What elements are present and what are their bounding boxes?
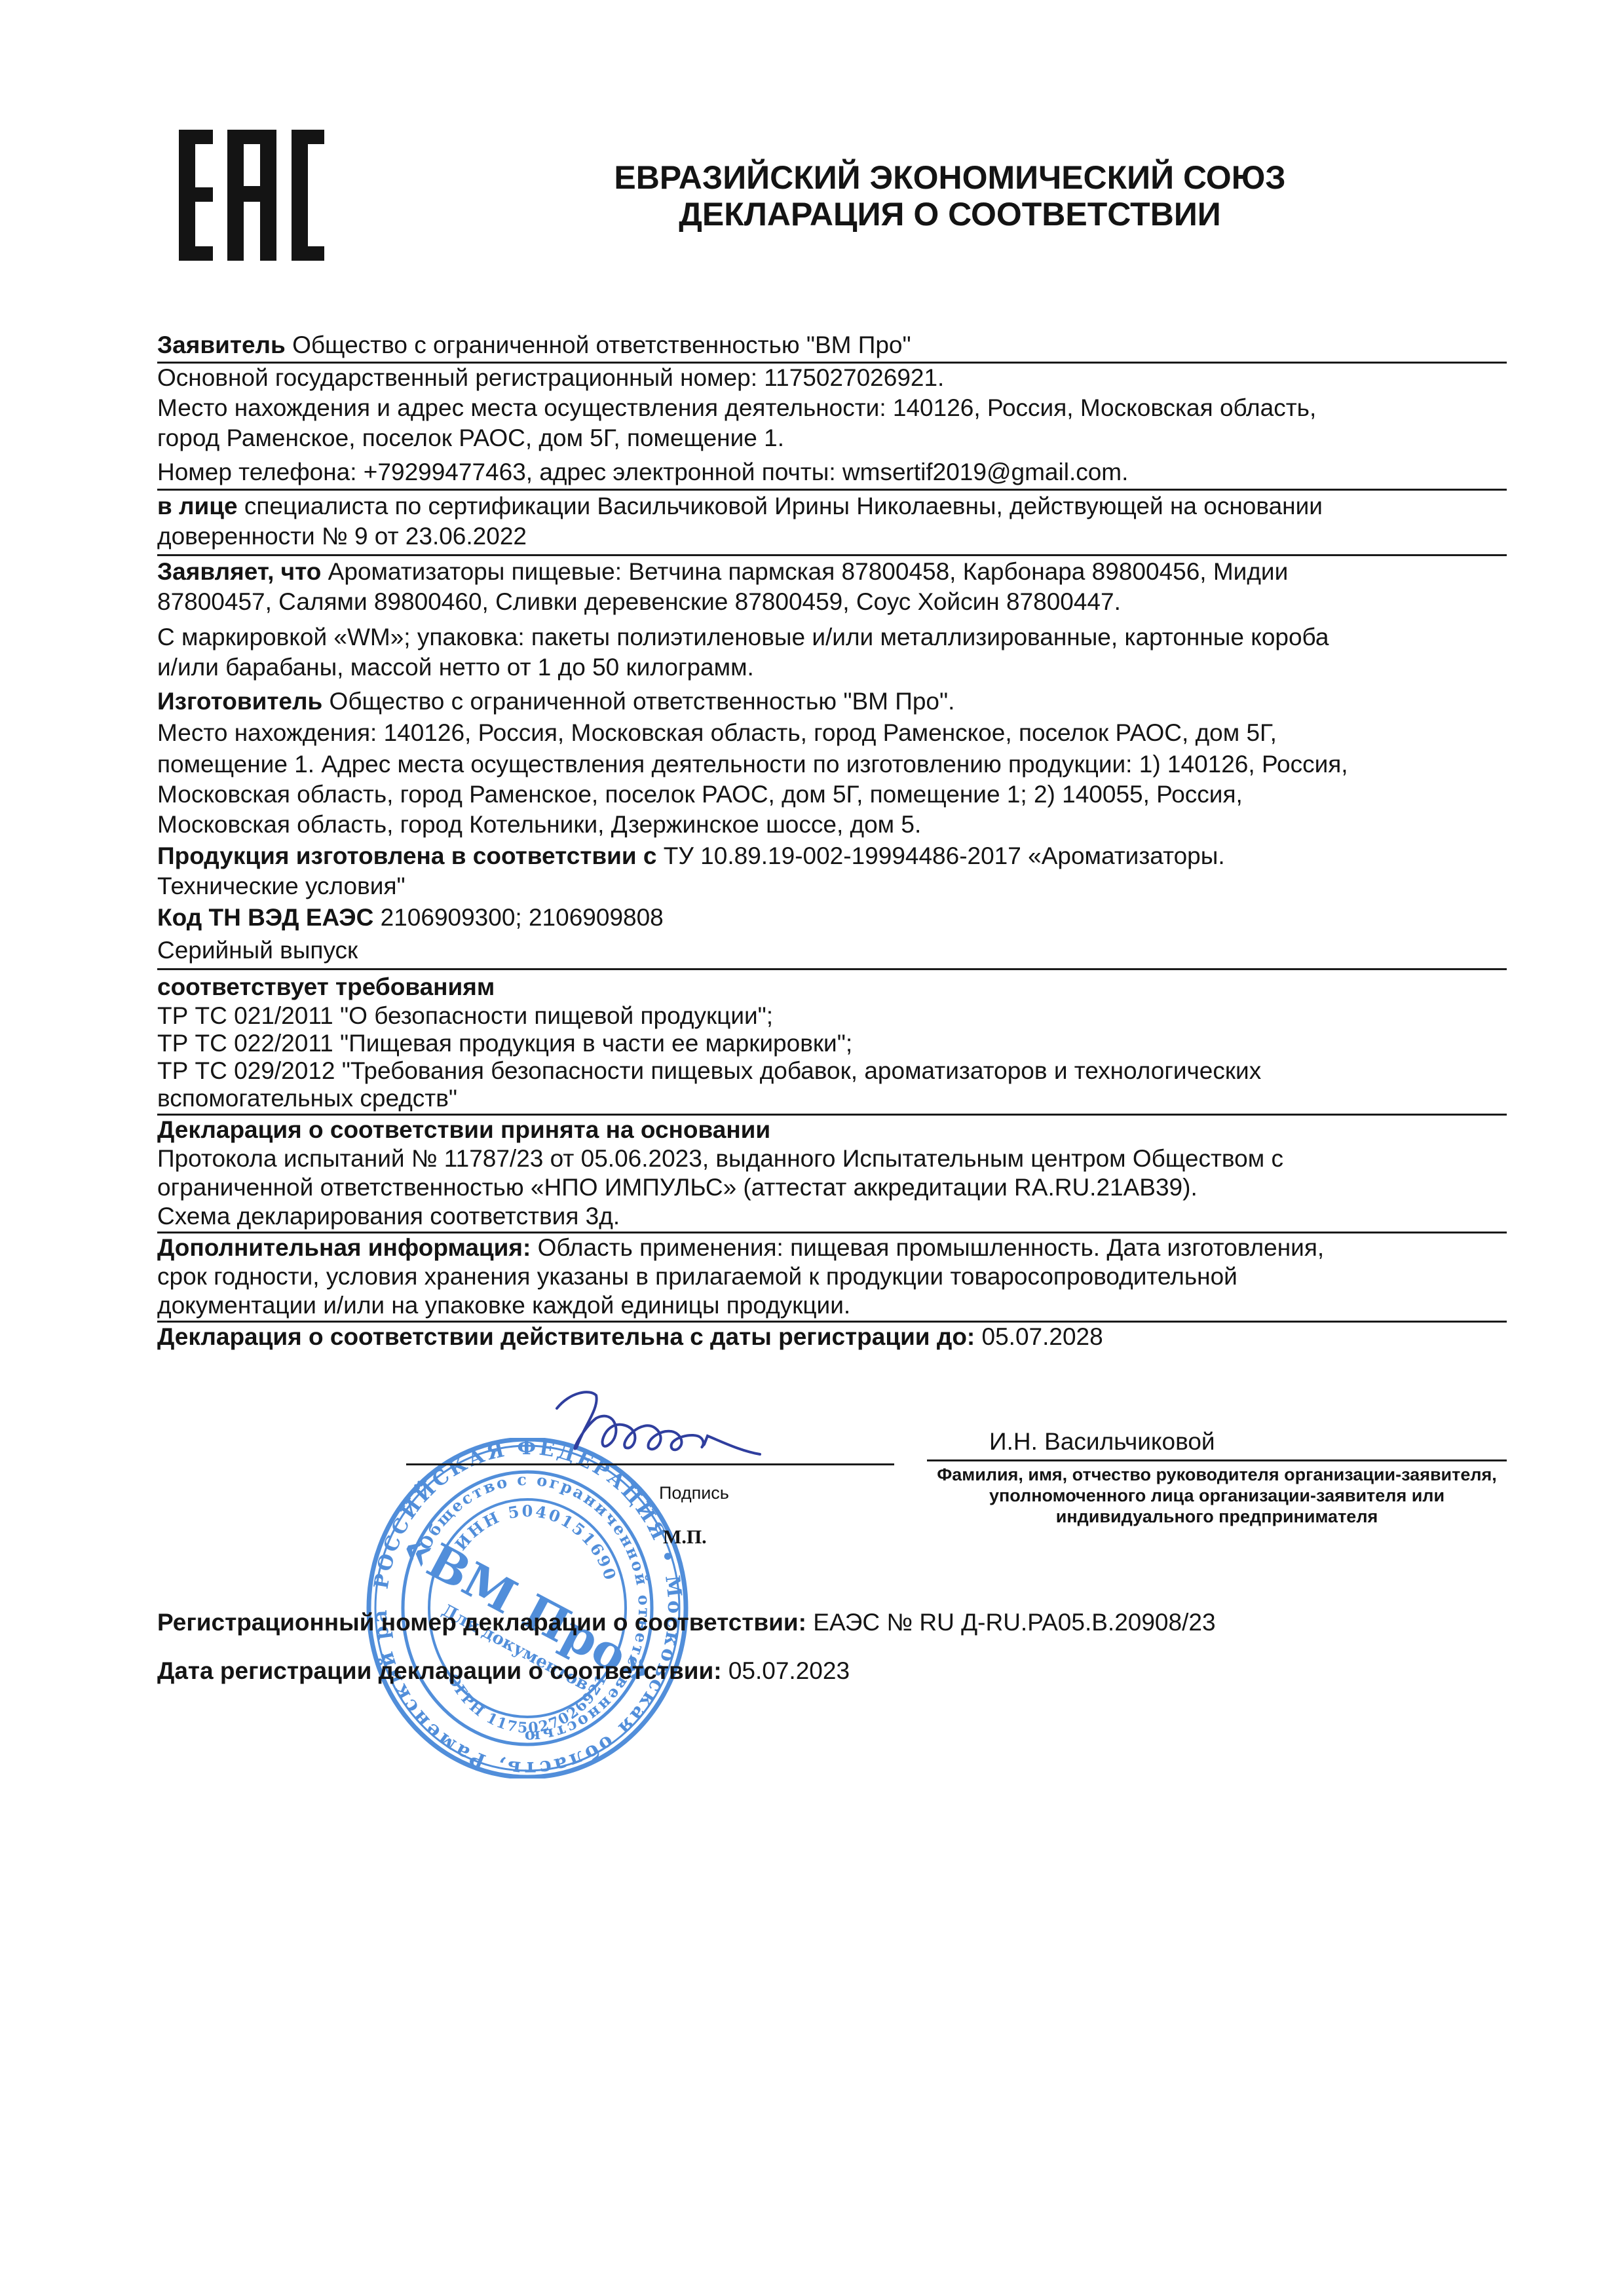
signer-caption-3: индивидуального предпринимателя: [927, 1507, 1507, 1527]
applicant-address-2: город Раменское, поселок РАОС, дом 5Г, п…: [157, 424, 784, 452]
basis-scheme: Схема декларирования соответствия 3д.: [157, 1203, 620, 1230]
applicant-ogrn: Основной государственный регистрационный…: [157, 364, 944, 392]
manufacturer-line: Изготовитель Общество с ограниченной отв…: [157, 688, 954, 715]
registration-date-label: Дата регистрации декларации о соответств…: [157, 1657, 722, 1684]
declares-line-4: и/или барабаны, массой нетто от 1 до 50 …: [157, 654, 754, 681]
company-seal-icon: РОССИЙСКАЯ ФЕДЕРАЦИЯ • Московская област…: [364, 1438, 691, 1778]
validity-line: Декларация о соответствии действительна …: [157, 1323, 1103, 1351]
divider: [157, 489, 1507, 491]
declares-line-3: С маркировкой «WM»; упаковка: пакеты пол…: [157, 624, 1329, 651]
additional-line-3: документации и/или на упаковке каждой ед…: [157, 1292, 850, 1319]
applicant-contacts: Номер телефона: +79299477463, адрес элек…: [157, 459, 1128, 486]
manufacturer-label: Изготовитель: [157, 688, 322, 715]
additional-label: Дополнительная информация:: [157, 1234, 531, 1261]
manufacturer-address-4: Московская область, город Котельники, Дз…: [157, 811, 921, 838]
hs-code-line: Код ТН ВЭД ЕАЭС 2106909300; 2106909808: [157, 904, 664, 932]
signature-line: [406, 1463, 894, 1465]
representative-line-2: доверенности № 9 от 23.06.2022: [157, 523, 527, 550]
eac-logo-icon: [179, 130, 326, 261]
divider: [157, 554, 1507, 556]
document-union-title: ЕВРАЗИЙСКИЙ ЭКОНОМИЧЕСКИЙ СОЮЗ: [459, 159, 1441, 197]
applicant-address-1: Место нахождения и адрес места осуществл…: [157, 394, 1316, 422]
produced-per-line-2: Технические условия": [157, 873, 406, 900]
requirement-item: ТР ТС 029/2012 "Требования безопасности …: [157, 1057, 1261, 1085]
divider: [157, 968, 1507, 970]
declares-line-1: Заявляет, что Ароматизаторы пищевые: Вет…: [157, 558, 1288, 586]
representative-text: специалиста по сертификации Васильчиково…: [238, 493, 1323, 519]
signer-line: [927, 1459, 1507, 1461]
manufacturer-address-3: Московская область, город Раменское, пос…: [157, 781, 1243, 808]
production-type: Серийный выпуск: [157, 937, 358, 964]
representative-line-1: в лице специалиста по сертификации Васил…: [157, 493, 1323, 520]
registration-number-line: Регистрационный номер декларации о соотв…: [157, 1609, 1216, 1636]
seal-caption: М.П.: [663, 1526, 707, 1549]
signer-caption-2: уполномоченного лица организации-заявите…: [927, 1486, 1507, 1506]
additional-line-2: срок годности, условия хранения указаны …: [157, 1263, 1237, 1290]
signature-caption: Подпись: [659, 1483, 729, 1503]
requirements-label: соответствует требованиям: [157, 973, 495, 1001]
hs-code-label: Код ТН ВЭД ЕАЭС: [157, 904, 373, 931]
registration-date-line: Дата регистрации декларации о соответств…: [157, 1657, 850, 1685]
basis-line-1: Протокола испытаний № 11787/23 от 05.06.…: [157, 1145, 1283, 1173]
signer-name: И.Н. Васильчиковой: [989, 1428, 1215, 1456]
applicant-label: Заявитель: [157, 331, 286, 358]
applicant-name: Общество с ограниченной ответственностью…: [286, 331, 911, 358]
manufacturer-name: Общество с ограниченной ответственностью…: [322, 688, 954, 715]
produced-per-label: Продукция изготовлена в соответствии с: [157, 842, 657, 869]
hs-code-value: 2106909300; 2106909808: [373, 904, 663, 931]
basis-line-2: ограниченной ответственностью «НПО ИМПУЛ…: [157, 1174, 1198, 1201]
produced-per-standard: ТУ 10.89.19-002-19994486-2017 «Ароматиза…: [657, 842, 1225, 869]
signature-icon: [537, 1389, 773, 1461]
divider: [157, 1232, 1507, 1233]
additional-text: Область применения: пищевая промышленнос…: [531, 1234, 1324, 1261]
manufacturer-address-1: Место нахождения: 140126, Россия, Москов…: [157, 719, 1277, 747]
additional-line-1: Дополнительная информация: Область приме…: [157, 1234, 1324, 1262]
requirement-item: ТР ТС 021/2011 "О безопасности пищевой п…: [157, 1002, 773, 1030]
declares-label: Заявляет, что: [157, 558, 321, 585]
requirement-item: ТР ТС 022/2011 "Пищевая продукция в част…: [157, 1030, 852, 1057]
divider: [157, 362, 1507, 364]
declares-line-2: 87800457, Салями 89800460, Сливки дереве…: [157, 588, 1121, 616]
divider: [157, 1114, 1507, 1116]
registration-date: 05.07.2023: [722, 1657, 850, 1684]
applicant-line: Заявитель Общество с ограниченной ответс…: [157, 331, 911, 359]
representative-label: в лице: [157, 493, 238, 519]
basis-label: Декларация о соответствии принята на осн…: [157, 1116, 770, 1144]
validity-date: 05.07.2028: [975, 1323, 1103, 1350]
validity-label: Декларация о соответствии действительна …: [157, 1323, 975, 1350]
declares-text: Ароматизаторы пищевые: Ветчина пармская …: [321, 558, 1288, 585]
signer-caption-1: Фамилия, имя, отчество руководителя орга…: [927, 1465, 1507, 1485]
document-title: ДЕКЛАРАЦИЯ О СООТВЕТСТВИИ: [459, 195, 1441, 233]
divider: [157, 1321, 1507, 1323]
manufacturer-address-2: помещение 1. Адрес места осуществления д…: [157, 751, 1348, 778]
produced-per-line-1: Продукция изготовлена в соответствии с Т…: [157, 842, 1225, 870]
requirement-item: вспомогательных средств": [157, 1085, 457, 1112]
registration-number-label: Регистрационный номер декларации о соотв…: [157, 1609, 806, 1636]
registration-number: ЕАЭС № RU Д-RU.PA05.B.20908/23: [806, 1609, 1216, 1636]
